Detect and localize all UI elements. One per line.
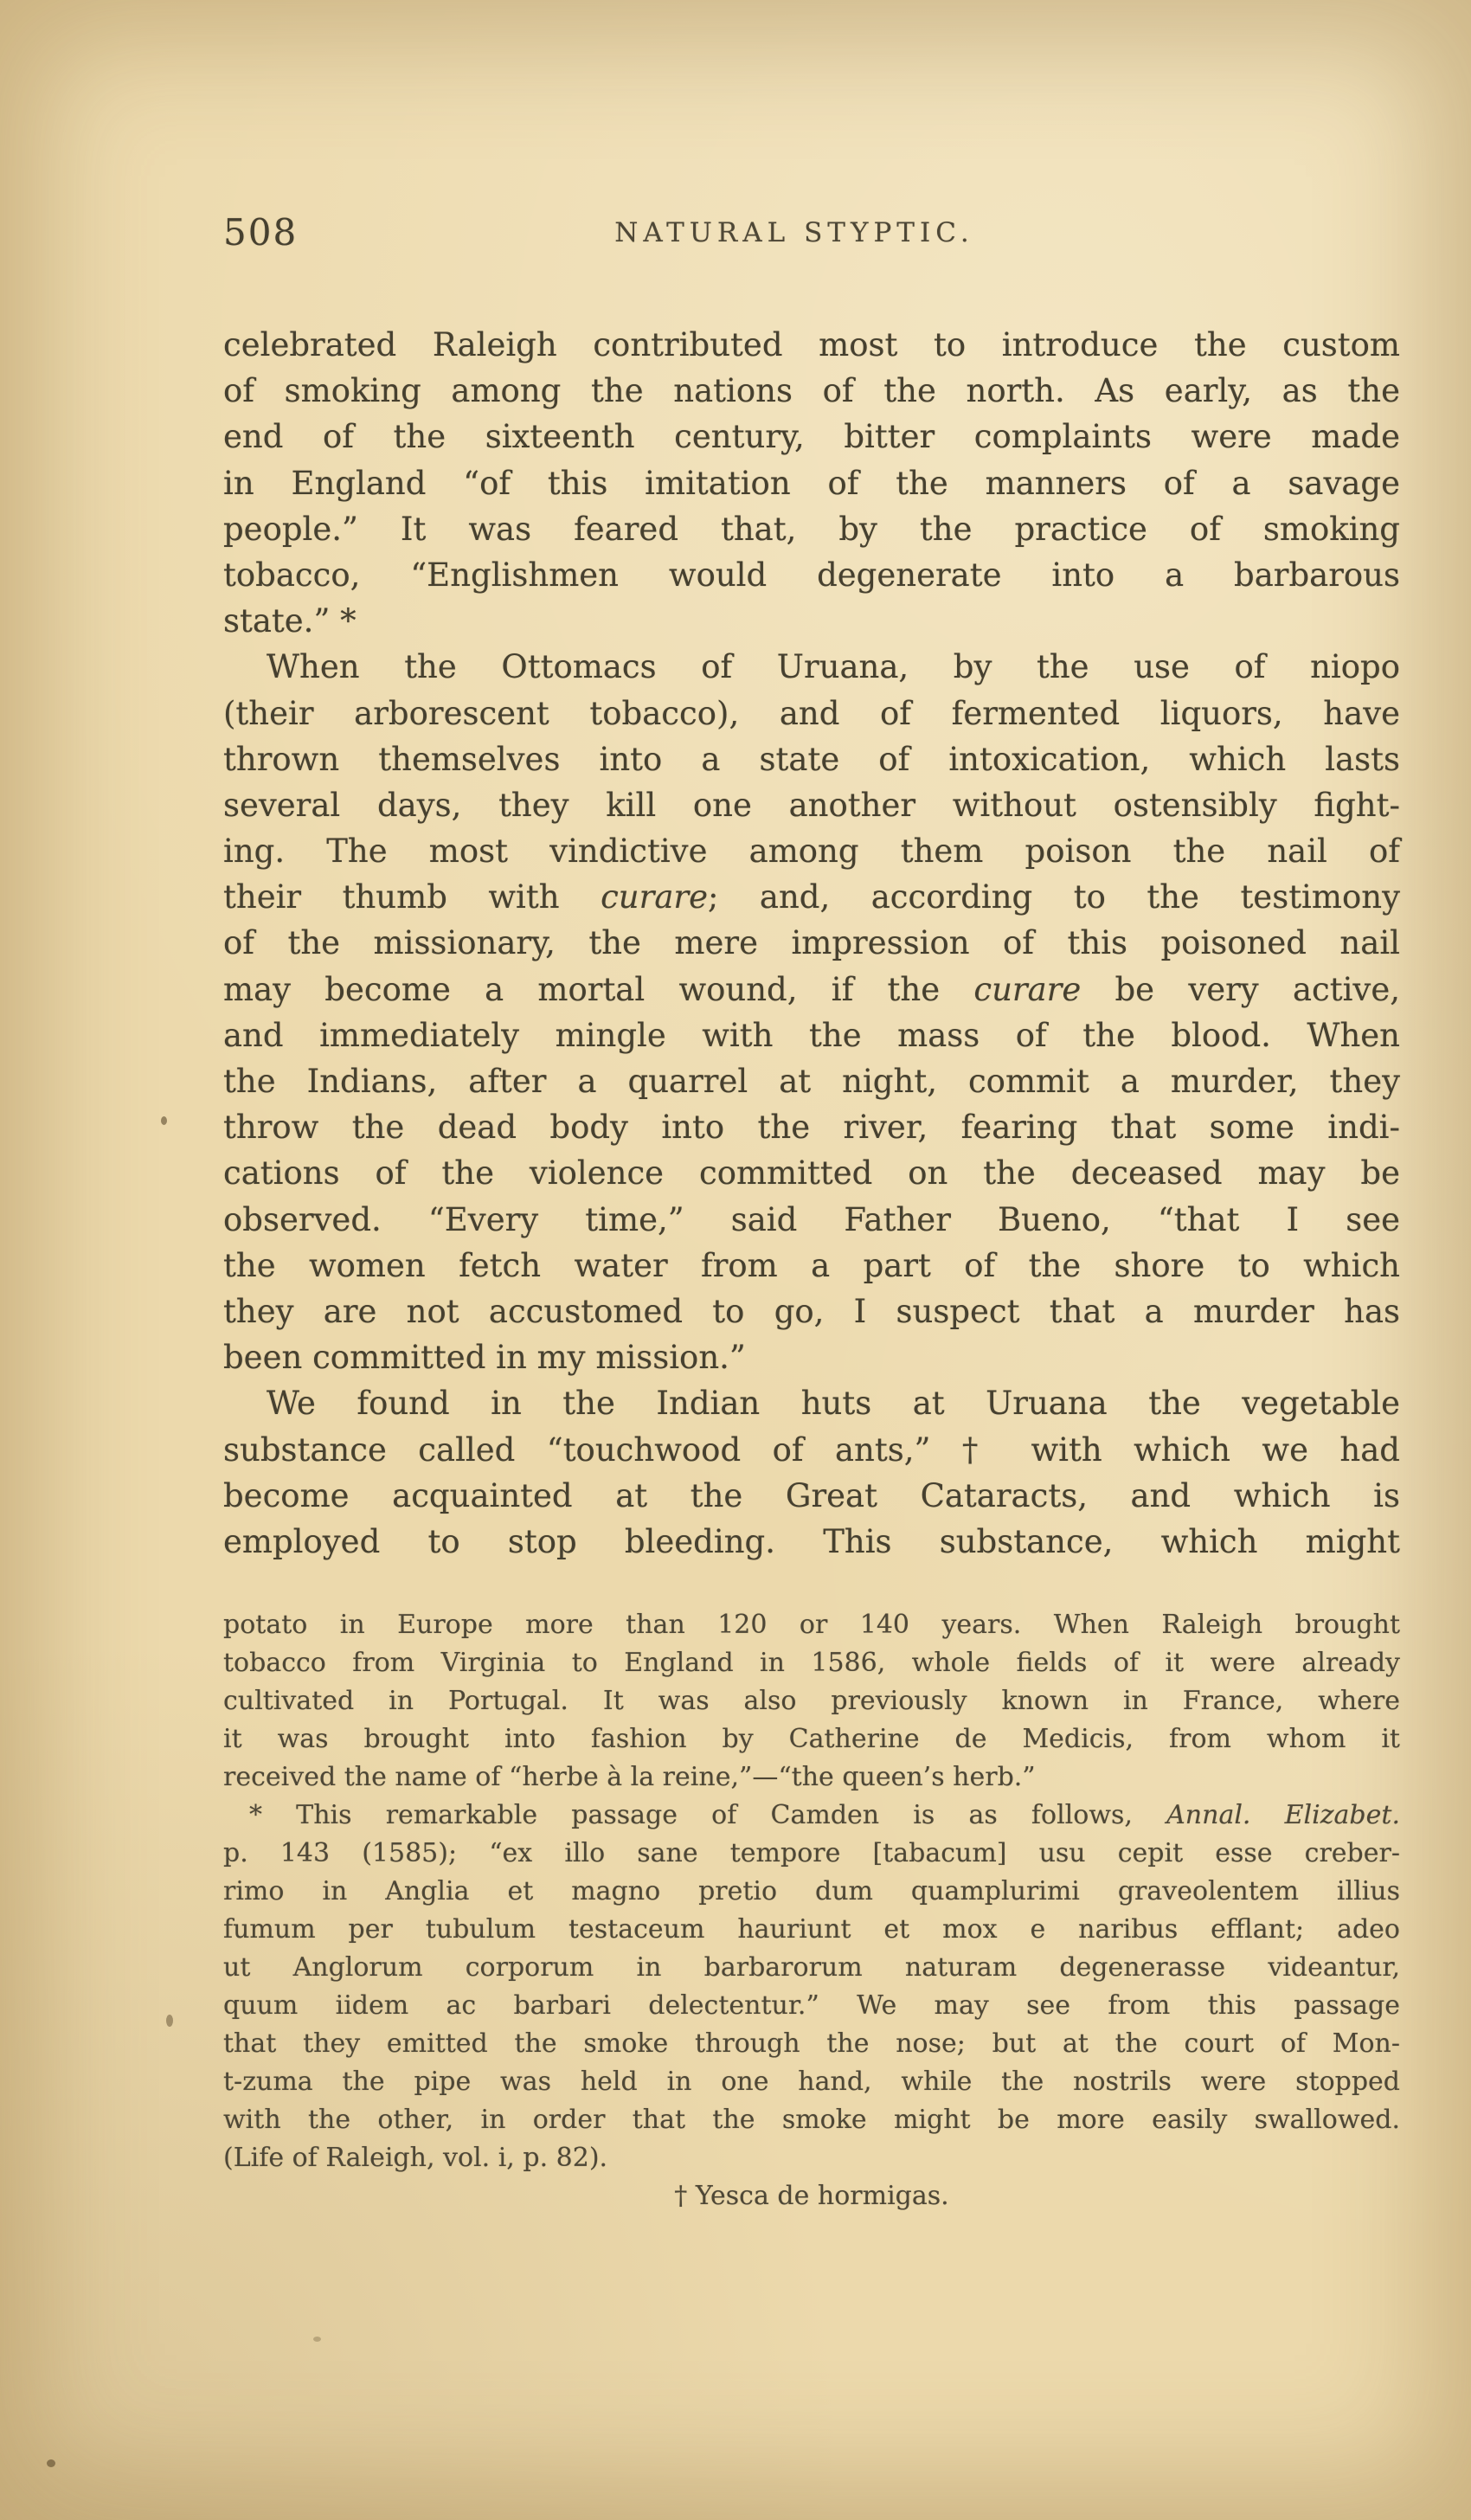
footnote-line: † Yesca de hormigas. (223, 2177, 1400, 2215)
footnote-line: that they emitted the smoke through the … (223, 2025, 1400, 2063)
body-text-line: they are not accustomed to go, I suspect… (223, 1289, 1400, 1334)
body-text-line: people.” It was feared that, by the prac… (223, 506, 1400, 552)
body-text-line: the Indians, after a quarrel at night, c… (223, 1058, 1400, 1104)
body-text-line: ing. The most vindictive among them pois… (223, 828, 1400, 874)
body-text-line: end of the sixteenth century, bitter com… (223, 414, 1400, 460)
body-text-line: observed. “Every time,” said Father Buen… (223, 1197, 1400, 1243)
body-text-line: of smoking among the nations of the nort… (223, 368, 1400, 414)
footnotes-text: potato in Europe more than 120 or 140 ye… (223, 1606, 1400, 2215)
body-text-line: throw the dead body into the river, fear… (223, 1104, 1400, 1150)
footnote-line: quum iidem ac barbari delectentur.” We m… (223, 1987, 1400, 2025)
footnote-line: fumum per tubulum testaceum hauriunt et … (223, 1911, 1400, 1949)
body-text-line: employed to stop bleeding. This substanc… (223, 1519, 1400, 1565)
body-text-line: thrown themselves into a state of intoxi… (223, 736, 1400, 782)
body-text-line: may become a mortal wound, if the curare… (223, 967, 1400, 1012)
body-text-line: in England “of this imitation of the man… (223, 460, 1400, 506)
body-text-line: been committed in my mission.” (223, 1334, 1400, 1380)
footnote-line: tobacco from Virginia to England in 1586… (223, 1644, 1400, 1682)
body-text-line: of the missionary, the mere impression o… (223, 920, 1400, 966)
body-text-line: and immediately mingle with the mass of … (223, 1012, 1400, 1058)
footnote-line: t-zuma the pipe was held in one hand, wh… (223, 2063, 1400, 2101)
body-text-line: cations of the violence committed on the… (223, 1150, 1400, 1196)
body-text-line: several days, they kill one another with… (223, 782, 1400, 828)
body-text-line: When the Ottomacs of Uruana, by the use … (223, 644, 1400, 690)
footnote-line: cultivated in Portugal. It was also prev… (223, 1682, 1400, 1720)
body-text-line: state.” * (223, 598, 1400, 644)
body-text-line: We found in the Indian huts at Uruana th… (223, 1380, 1400, 1426)
footnote-line: (Life of Raleigh, vol. i, p. 82). (223, 2139, 1400, 2177)
paper-speck (166, 2015, 173, 2027)
paper-speck (161, 1116, 167, 1125)
body-text-line: celebrated Raleigh contributed most to i… (223, 322, 1400, 368)
footnote-line: potato in Europe more than 120 or 140 ye… (223, 1606, 1400, 1644)
paper-speck (47, 2459, 55, 2467)
footnote-line: p. 143 (1585); “ex illo sane tempore [ta… (223, 1835, 1400, 1873)
body-text-line: tobacco, “Englishmen would degenerate in… (223, 552, 1400, 598)
body-text-line: the women fetch water from a part of the… (223, 1243, 1400, 1289)
body-text: celebrated Raleigh contributed most to i… (223, 322, 1400, 1565)
footnote-line: * This remarkable passage of Camden is a… (223, 1797, 1400, 1835)
running-title: NATURAL STYPTIC. (223, 220, 1365, 247)
scanned-book-page: 508 NATURAL STYPTIC. celebrated Raleigh … (0, 0, 1471, 2520)
body-text-line: become acquainted at the Great Cataracts… (223, 1473, 1400, 1519)
footnote-line: ut Anglorum corporum in barbarorum natur… (223, 1949, 1400, 1987)
footnote-line: it was brought into fashion by Catherine… (223, 1720, 1400, 1758)
footnote-line: with the other, in order that the smoke … (223, 2101, 1400, 2139)
body-text-line: substance called “touchwood of ants,” † … (223, 1427, 1400, 1473)
body-text-line: (their arborescent tobacco), and of ferm… (223, 691, 1400, 736)
running-header: 508 NATURAL STYPTIC. (223, 215, 1400, 260)
footnote-line: rimo in Anglia et magno pretio dum quamp… (223, 1873, 1400, 1911)
footnote-line: received the name of “herbe à la reine,”… (223, 1758, 1400, 1797)
body-text-line: their thumb with curare; and, according … (223, 874, 1400, 920)
paper-speck (313, 2337, 321, 2342)
